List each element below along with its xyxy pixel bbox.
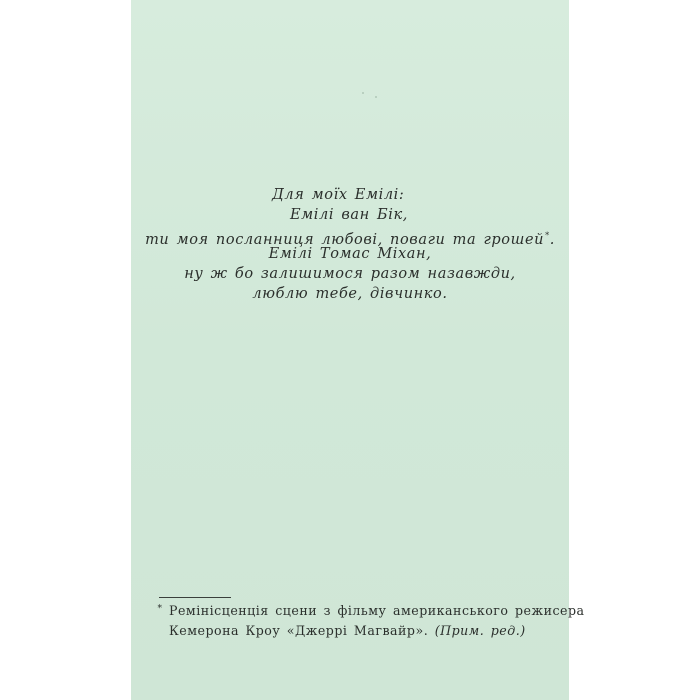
dedication-line: Емілі Томас Міхан, (131, 245, 569, 265)
dedication-line: Для моїх Емілі: (131, 186, 569, 206)
dedication: Для моїх Емілі: Емілі ван Бік, ти моя по… (131, 186, 569, 305)
book-page: Для моїх Емілі: Емілі ван Бік, ти моя по… (131, 0, 569, 700)
dedication-line: люблю тебе, дівчинко. (131, 285, 569, 305)
footnote: *Ремінісценція сцени з фільму американсь… (151, 600, 561, 640)
footnote-rule (159, 597, 231, 598)
footnote-line: Кемерона Кроу «Джеррі Магвайр». (Прим. р… (151, 621, 561, 641)
paper-speck (375, 96, 377, 98)
dedication-line-suffix: . (550, 232, 555, 248)
editor-note: (Прим. ред.) (435, 623, 526, 638)
footnote-line: *Ремінісценція сцени з фільму американсь… (151, 600, 561, 621)
dedication-line: ну ж бо залишимося разом назавжди, (131, 265, 569, 285)
dedication-line-with-footnote: ти моя посланниця любові, поваги та грош… (131, 226, 569, 246)
footnote-text: Кемерона Кроу «Джеррі Магвайр». (169, 623, 428, 638)
paper-speck (362, 92, 364, 94)
footnote-asterisk: * (151, 600, 169, 620)
dedication-line: Емілі ван Бік, (131, 206, 569, 226)
footnote-text: Ремінісценція сцени з фільму американськ… (169, 603, 585, 618)
